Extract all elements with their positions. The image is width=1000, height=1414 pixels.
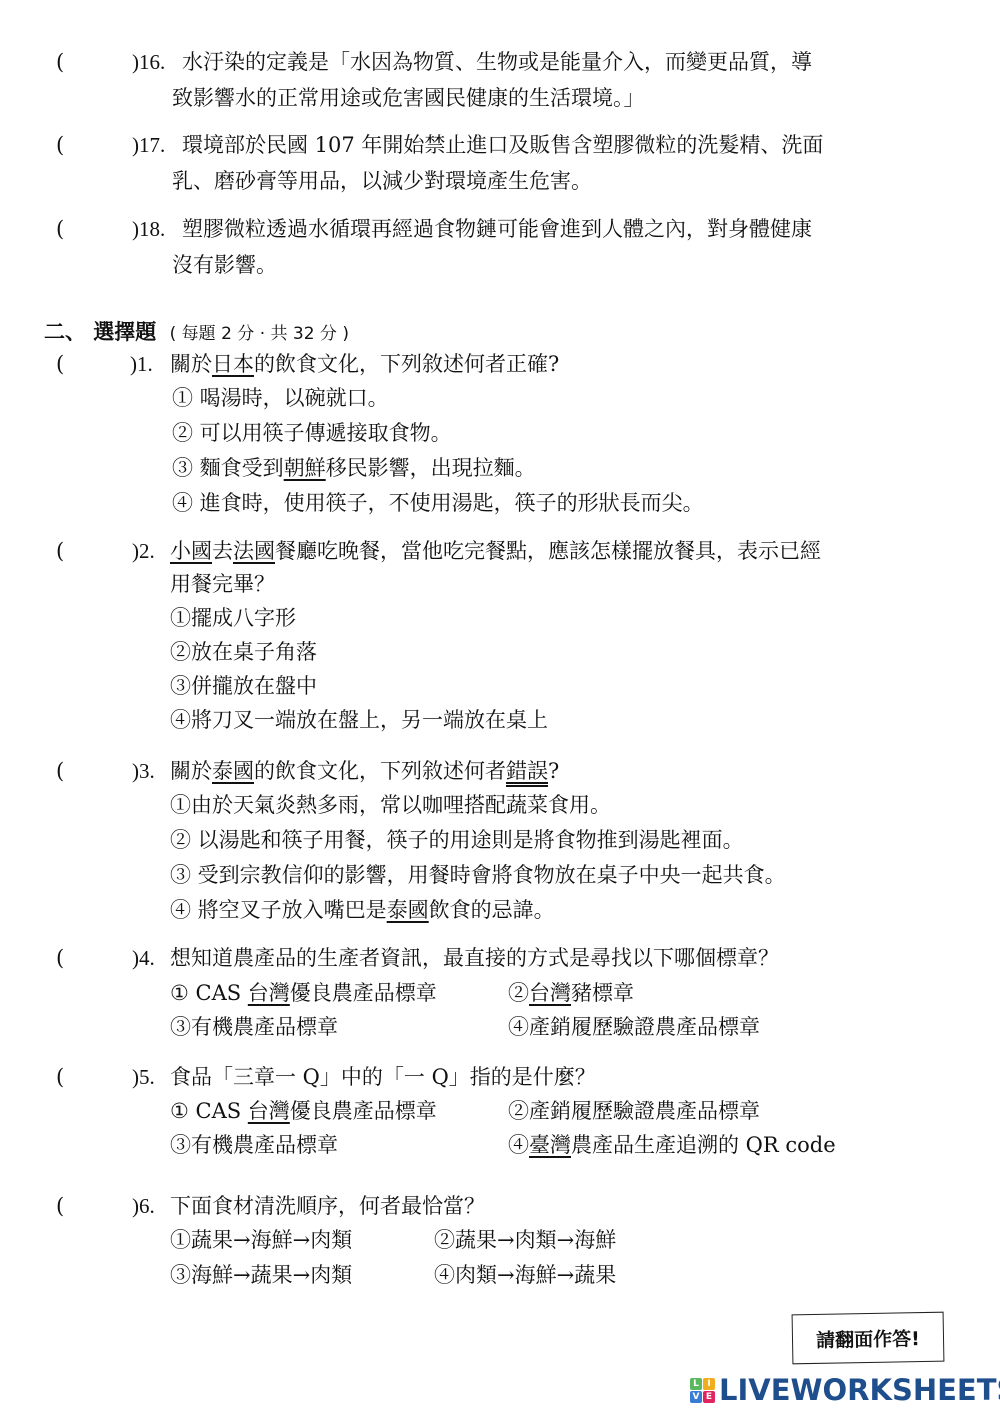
option-4[interactable]: ④肉類→海鮮→蔬果 — [434, 1261, 616, 1289]
option-1[interactable]: ①由於天氣炎熱多雨，常以咖哩搭配蔬菜食用。 — [170, 791, 611, 819]
option-1[interactable]: ① CAS 台灣優良農產品標章 — [170, 1097, 437, 1125]
question-text: 環境部於民國 107 年開始禁止進口及販售含塑膠微粒的洗髮精、洗面 — [182, 131, 823, 159]
option-1[interactable]: ①蔬果→海鮮→肉類 — [170, 1226, 352, 1254]
question-stem: 關於日本的飲食文化，下列敘述何者正確? — [170, 350, 559, 378]
answer-blank-4[interactable]: ( — [56, 944, 64, 972]
underlined-term: 朝鮮 — [284, 456, 326, 480]
option-2[interactable]: ②產銷履歷驗證農產品標章 — [508, 1097, 760, 1125]
logo-letter-l: L — [690, 1378, 702, 1390]
logo-icon: L I V E — [690, 1378, 715, 1403]
question-number: )2. — [132, 537, 155, 565]
question-number: )4. — [132, 944, 155, 972]
question-number: )17. — [132, 131, 165, 159]
underlined-term: 泰國 — [212, 759, 254, 783]
question-stem: 下面食材清洗順序，何者最恰當？ — [170, 1192, 485, 1220]
question-text: 塑膠微粒透過水循環再經過食物鏈可能會進到人體之內，對身體健康 — [182, 215, 812, 243]
answer-blank-18[interactable]: ( — [56, 215, 64, 243]
question-text: 致影響水的正常用途或危害國民健康的生活環境。」 — [172, 84, 645, 112]
stem-text: 的飲食文化，下列敘述何者正確? — [254, 352, 559, 376]
logo-text: LIVEWORKSHEETS — [719, 1373, 1000, 1407]
option-text: ④ 將空叉子放入嘴巴是 — [170, 898, 387, 922]
option-text: 豬標章 — [571, 981, 634, 1005]
question-number: )5. — [132, 1063, 155, 1091]
question-text: 沒有影響。 — [172, 251, 277, 279]
stem-text: 關於 — [170, 759, 212, 783]
underlined-term: 小國 — [170, 539, 212, 563]
option-text: ② — [508, 981, 529, 1005]
underlined-term: 台灣 — [248, 1099, 290, 1123]
option-text: 優良農產品標章 — [290, 981, 437, 1005]
option-text: ① CAS — [170, 1099, 248, 1123]
turn-over-note: 請翻面作答! — [792, 1312, 945, 1365]
stem-text: 的飲食文化，下列敘述何者 — [254, 759, 506, 783]
answer-blank-6[interactable]: ( — [56, 1192, 64, 1220]
question-number: )3. — [132, 757, 155, 785]
question-stem: 想知道農產品的生產者資訊，最直接的方式是尋找以下哪個標章？ — [170, 944, 779, 972]
answer-blank-1[interactable]: ( — [56, 350, 64, 378]
question-text: 水汙染的定義是「水因為物質、生物或是能量介入，而變更品質，導 — [182, 48, 812, 76]
stem-text: 去 — [212, 539, 233, 563]
question-stem-line2: 用餐完畢？ — [170, 570, 275, 598]
logo-letter-v: V — [690, 1391, 702, 1403]
underlined-term: 日本 — [212, 352, 254, 376]
option-2[interactable]: ②放在桌子角落 — [170, 638, 317, 666]
underlined-term: 台灣 — [248, 981, 290, 1005]
answer-blank-5[interactable]: ( — [56, 1063, 64, 1091]
answer-blank-17[interactable]: ( — [56, 131, 64, 159]
option-4[interactable]: ④臺灣農產品生產追溯的 QR code — [508, 1131, 836, 1159]
question-stem: 關於泰國的飲食文化，下列敘述何者錯誤? — [170, 757, 559, 785]
logo-letter-i: I — [703, 1378, 715, 1390]
option-text: ① CAS — [170, 981, 248, 1005]
underlined-term: 法國 — [233, 539, 275, 563]
option-1[interactable]: ① 喝湯時，以碗就口。 — [172, 384, 389, 412]
stem-text: 關於 — [170, 352, 212, 376]
option-3[interactable]: ③有機農產品標章 — [170, 1131, 338, 1159]
option-4[interactable]: ④ 進食時，使用筷子，不使用湯匙，筷子的形狀長而尖。 — [172, 489, 704, 517]
option-1[interactable]: ①擺成八字形 — [170, 604, 296, 632]
option-3[interactable]: ③併攏放在盤中 — [170, 672, 317, 700]
emphasized-term: 錯誤 — [506, 759, 548, 783]
section-title: 二、 選擇題 — [44, 320, 156, 344]
option-2[interactable]: ②蔬果→肉類→海鮮 — [434, 1226, 616, 1254]
option-3[interactable]: ③ 受到宗教信仰的影響，用餐時會將食物放在桌子中央一起共食。 — [170, 861, 786, 889]
question-number: )18. — [132, 215, 165, 243]
option-1[interactable]: ① CAS 台灣優良農產品標章 — [170, 979, 437, 1007]
option-2[interactable]: ② 可以用筷子傳遞接取食物。 — [172, 419, 452, 447]
underlined-term: 泰國 — [387, 898, 429, 922]
option-4[interactable]: ④ 將空叉子放入嘴巴是泰國飲食的忌諱。 — [170, 896, 555, 924]
option-4[interactable]: ④產銷履歷驗證農產品標章 — [508, 1013, 760, 1041]
option-text: 優良農產品標章 — [290, 1099, 437, 1123]
logo-letter-e: E — [703, 1391, 715, 1403]
section-header: 二、 選擇題 ( 每題 2 分 · 共 32 分 ) — [44, 318, 349, 348]
question-number: )1. — [130, 350, 153, 378]
section-subtitle: ( 每題 2 分 · 共 32 分 ) — [170, 324, 349, 344]
stem-text: ? — [548, 759, 559, 783]
underlined-term: 臺灣 — [529, 1133, 571, 1157]
answer-blank-3[interactable]: ( — [56, 757, 64, 785]
option-text: 飲食的忌諱。 — [429, 898, 555, 922]
option-4[interactable]: ④將刀叉一端放在盤上，另一端放在桌上 — [170, 706, 548, 734]
liveworksheets-logo: L I V E LIVEWORKSHEETS — [690, 1374, 1000, 1406]
option-text: ③ 麵食受到 — [172, 456, 284, 480]
question-number: )6. — [132, 1192, 155, 1220]
option-text: 移民影響，出現拉麵。 — [326, 456, 536, 480]
option-3[interactable]: ③海鮮→蔬果→肉類 — [170, 1261, 352, 1289]
option-3[interactable]: ③有機農產品標章 — [170, 1013, 338, 1041]
option-2[interactable]: ②台灣豬標章 — [508, 979, 634, 1007]
option-text: 農產品生產追溯的 QR code — [571, 1133, 836, 1157]
question-text: 乳、磨砂膏等用品，以減少對環境產生危害。 — [172, 167, 592, 195]
question-stem: 食品「三章一 Q」中的「一 Q」指的是什麼？ — [170, 1063, 596, 1091]
question-stem: 小國去法國餐廳吃晚餐，當他吃完餐點，應該怎樣擺放餐具，表示已經 — [170, 537, 821, 565]
answer-blank-16[interactable]: ( — [56, 48, 64, 76]
answer-blank-2[interactable]: ( — [56, 537, 64, 565]
option-2[interactable]: ② 以湯匙和筷子用餐，筷子的用途則是將食物推到湯匙裡面。 — [170, 826, 744, 854]
stem-text: 餐廳吃晚餐，當他吃完餐點，應該怎樣擺放餐具，表示已經 — [275, 539, 821, 563]
option-text: ④ — [508, 1133, 529, 1157]
option-3[interactable]: ③ 麵食受到朝鮮移民影響，出現拉麵。 — [172, 454, 536, 482]
question-number: )16. — [132, 48, 165, 76]
underlined-term: 台灣 — [529, 981, 571, 1005]
